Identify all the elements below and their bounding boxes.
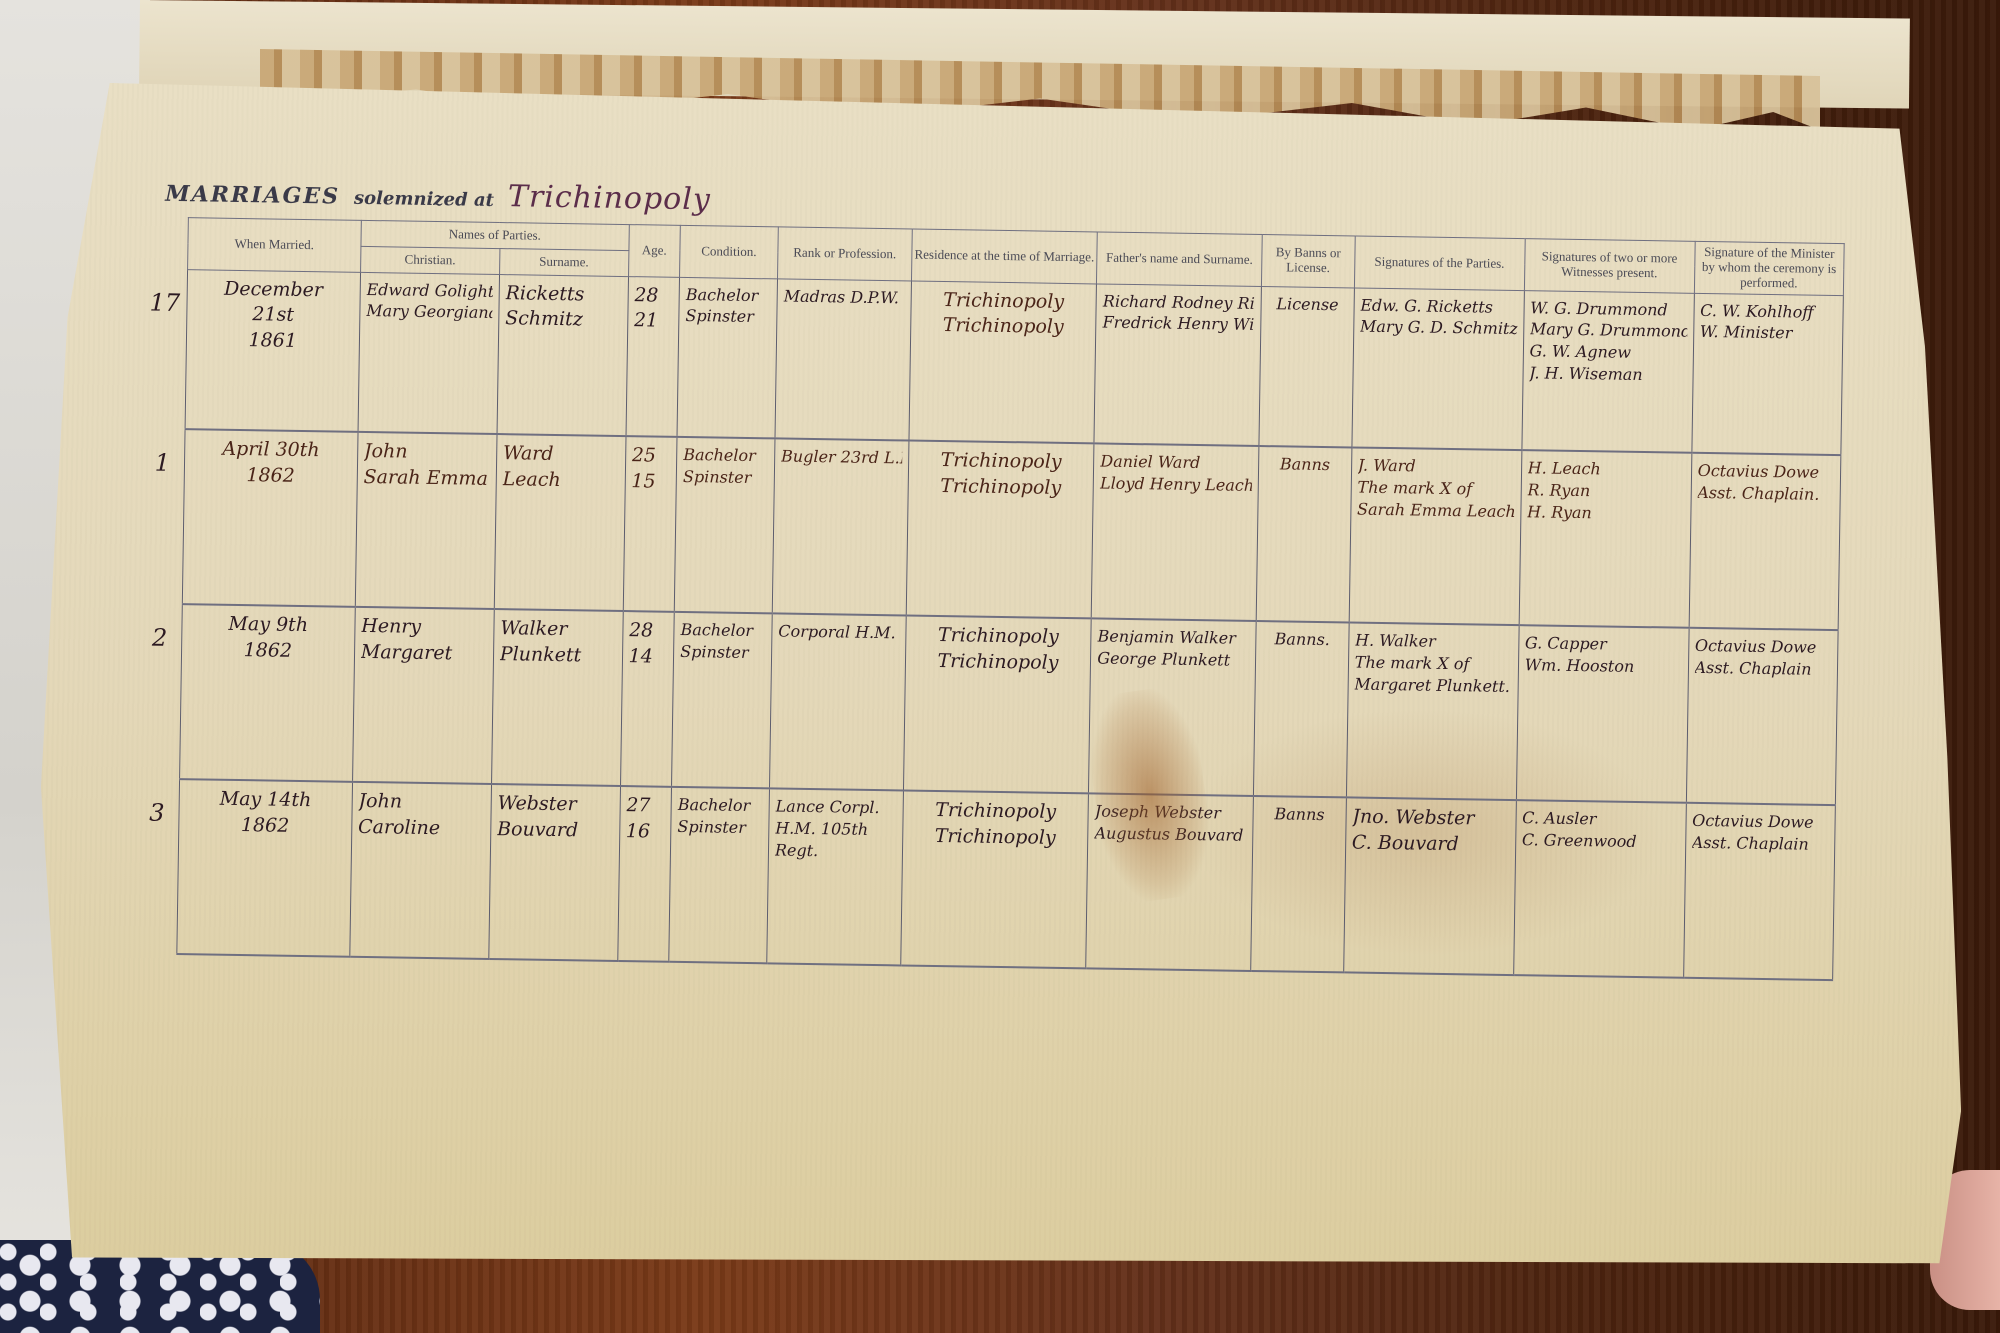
- signature-party: Mary G. D. Schmitz: [1360, 316, 1517, 340]
- marriage-register-table: When Married. Names of Parties. Age. Con…: [133, 216, 1844, 981]
- header-minister: Signature of the Minister by whom the ce…: [1694, 241, 1844, 295]
- witness-signature: G. W. Agnew: [1529, 340, 1686, 364]
- bride-father: George Plunkett: [1097, 647, 1249, 671]
- title-solemnized: solemnized at: [354, 188, 494, 211]
- minister-signature: Octavius Dowe: [1692, 810, 1829, 834]
- signature-party: The mark X of: [1357, 476, 1514, 500]
- minister-title: W. Minister: [1700, 321, 1837, 345]
- witness-signature: H. Ryan: [1527, 501, 1684, 525]
- entry-number: 17: [143, 269, 186, 318]
- table-row: 17 December 21st 1861 Edward Golightly M…: [142, 269, 1844, 456]
- groom-condition: Bachelor: [680, 619, 765, 642]
- header-surname: Surname.: [499, 248, 628, 276]
- groom-residence: Trichinopoly: [915, 448, 1088, 476]
- witness-signature: H. Leach: [1528, 458, 1685, 482]
- banns-or-license: License: [1267, 293, 1347, 316]
- groom-age: 28: [634, 283, 673, 309]
- minister-signature: Octavius Dowe: [1697, 460, 1834, 484]
- minister-title: Asst. Chaplain: [1694, 657, 1831, 681]
- bride-surname: Bouvard: [497, 817, 613, 844]
- bride-surname: Schmitz: [505, 307, 621, 334]
- groom-rank: Lance Corpl. H.M. 105th Regt.: [775, 796, 897, 863]
- groom-christian: Henry: [361, 614, 487, 642]
- groom-condition: Bachelor: [678, 794, 763, 817]
- groom-christian: John: [364, 439, 490, 467]
- bride-christian: Margaret: [361, 640, 487, 668]
- minister-signature: C. W. Kohlhoff: [1700, 300, 1837, 324]
- witness-signature: Wm. Hooston: [1524, 654, 1681, 678]
- header-age: Age.: [628, 225, 680, 278]
- header-witnesses: Signatures of two or more Witnesses pres…: [1524, 239, 1695, 293]
- banns-or-license: Banns: [1259, 803, 1339, 826]
- groom-rank: Corporal H.M. 105th Regt.: [778, 621, 899, 644]
- entry-number: 3: [135, 779, 178, 828]
- bride-age: 14: [628, 644, 667, 670]
- bride-christian: Caroline: [358, 815, 484, 843]
- minister-signature: Octavius Dowe: [1695, 635, 1832, 659]
- date-month: May 9th: [188, 612, 348, 640]
- banns-or-license: Banns: [1265, 453, 1345, 476]
- date-year: 1862: [188, 637, 348, 665]
- groom-age: 27: [626, 793, 665, 819]
- date-year: 1862: [185, 812, 345, 840]
- groom-condition: Bachelor: [683, 444, 768, 467]
- table-row: 2 May 9th 1862 Henry Margaret Walker Plu…: [136, 604, 1838, 806]
- groom-father: Benjamin Walker: [1097, 626, 1249, 650]
- entry-number-header: [144, 217, 188, 269]
- register-page: MARRIAGES solemnized at Trichinopoly Whe…: [34, 82, 1977, 1287]
- header-rank: Rank or Profession.: [777, 227, 912, 281]
- signature-party: Edw. G. Ricketts: [1360, 294, 1517, 318]
- title-place-handwritten: Trichinopoly: [508, 179, 711, 217]
- date-month: December: [193, 276, 353, 304]
- bride-age: 15: [631, 469, 670, 495]
- bride-condition: Spinster: [683, 466, 768, 489]
- bride-condition: Spinster: [680, 641, 765, 664]
- header-when-married: When Married.: [187, 218, 361, 273]
- date-month: May 14th: [185, 786, 345, 814]
- groom-age: 25: [632, 443, 671, 469]
- groom-surname: Ricketts: [505, 281, 621, 308]
- bride-residence: Trichinopoly: [909, 824, 1082, 852]
- bride-condition: Spinster: [685, 305, 770, 328]
- groom-surname: Ward: [503, 441, 619, 468]
- signature-party: Margaret Plunkett.: [1354, 673, 1511, 697]
- bride-condition: Spinster: [677, 816, 762, 839]
- groom-condition: Bachelor: [686, 284, 771, 307]
- header-christian: Christian.: [360, 246, 499, 274]
- signature-party: The mark X of: [1355, 651, 1512, 675]
- groom-residence: Trichinopoly: [909, 798, 1082, 826]
- witness-signature: R. Ryan: [1527, 479, 1684, 503]
- table-row: 3 May 14th 1862 John Caroline Webster Bo…: [133, 779, 1835, 981]
- signature-party: H. Walker: [1355, 630, 1512, 654]
- register-content: MARRIAGES solemnized at Trichinopoly Whe…: [133, 173, 1845, 981]
- witness-signature: G. Capper: [1525, 633, 1682, 657]
- banns-or-license: Banns.: [1262, 628, 1342, 651]
- groom-residence: Trichinopoly: [917, 287, 1090, 315]
- bride-age: 21: [634, 309, 673, 335]
- groom-father: Joseph Webster: [1095, 801, 1247, 825]
- header-banns: By Banns or License.: [1261, 235, 1354, 288]
- bride-age: 16: [626, 819, 665, 845]
- groom-rank: Madras D.P.W.: [783, 285, 904, 308]
- bride-christian: Sarah Emma: [363, 465, 489, 493]
- header-signatures-parties: Signatures of the Parties.: [1354, 236, 1525, 290]
- bride-father: Fredrick Henry William Schmitz: [1102, 312, 1254, 336]
- title-marriages: MARRIAGES: [165, 181, 340, 210]
- bride-surname: Leach: [502, 467, 618, 494]
- date-month: April 30th: [191, 437, 351, 465]
- bride-father: Lloyd Henry Leach.: [1100, 472, 1252, 496]
- groom-christian: Edward Golightly: [366, 279, 492, 303]
- witness-signature: Mary G. Drummond: [1530, 319, 1687, 343]
- table-row: 1 April 30th 1862 John Sarah Emma Ward L…: [139, 429, 1841, 631]
- date-year: 1862: [190, 462, 350, 490]
- signature-party: Jno. Webster: [1352, 805, 1509, 833]
- bride-residence: Trichinopoly: [917, 313, 1090, 341]
- minister-title: Asst. Chaplain: [1692, 832, 1829, 856]
- groom-residence: Trichinopoly: [912, 623, 1085, 651]
- groom-father: Richard Rodney Ricketts: [1103, 290, 1255, 314]
- date-day: 21st: [193, 302, 353, 330]
- witness-signature: W. G. Drummond: [1530, 297, 1687, 321]
- bride-residence: Trichinopoly: [914, 474, 1087, 502]
- header-residence: Residence at the time of Marriage.: [911, 229, 1097, 284]
- witness-signature: C. Ausler: [1522, 807, 1679, 831]
- groom-father: Daniel Ward: [1100, 451, 1252, 475]
- bride-residence: Trichinopoly: [912, 649, 1085, 677]
- date-year: 1861: [193, 327, 353, 355]
- witness-signature: J. H. Wiseman: [1529, 362, 1686, 386]
- groom-surname: Webster: [497, 791, 613, 818]
- groom-christian: John: [358, 789, 484, 817]
- groom-surname: Walker: [500, 616, 616, 643]
- entry-number: 2: [138, 604, 181, 653]
- signature-party: C. Bouvard: [1352, 830, 1509, 858]
- signature-party: Sarah Emma Leach.: [1357, 498, 1514, 522]
- minister-title: Asst. Chaplain.: [1697, 482, 1834, 506]
- bride-surname: Plunkett: [500, 642, 616, 669]
- header-father: Father's name and Surname.: [1097, 232, 1263, 286]
- groom-age: 28: [629, 618, 668, 644]
- entry-number: 1: [141, 429, 184, 478]
- witness-signature: C. Greenwood: [1522, 829, 1679, 853]
- header-condition: Condition.: [680, 225, 779, 278]
- signature-party: J. Ward: [1358, 455, 1515, 479]
- bride-christian: Mary Georgiana Dods: [366, 300, 492, 324]
- bride-father: Augustus Bouvard: [1094, 822, 1246, 846]
- groom-rank: Bugler 23rd L.I.: [781, 446, 902, 469]
